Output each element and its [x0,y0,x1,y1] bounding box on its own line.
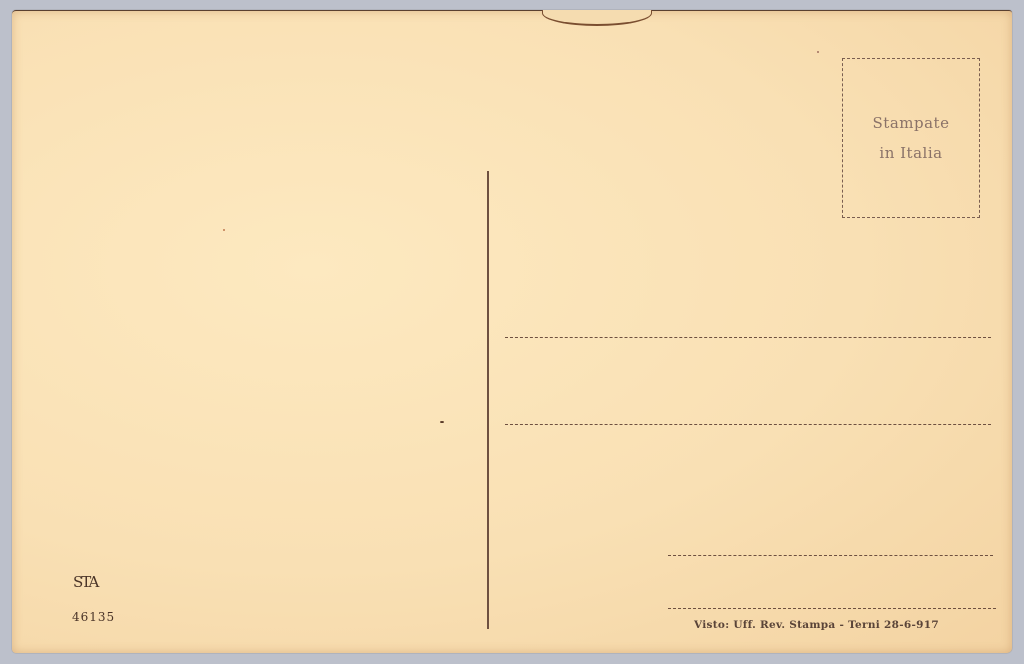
serial-number: 46135 [72,610,115,624]
stamp-box: Stampate in Italia [842,58,980,218]
postcard-back: Stampate in Italia Visto: Uff. Rev. Stam… [12,10,1012,653]
address-line-2 [505,424,991,425]
censorship-note: Visto: Uff. Rev. Stampa - Terni 28-6-917 [694,619,939,631]
stamp-text-line2: in Italia [879,138,942,168]
paper-speck [817,51,819,53]
address-line-4 [668,608,996,609]
address-line-3 [668,555,993,556]
stamp-text-line1: Stampate [873,108,950,138]
address-line-1 [505,337,991,338]
card-notch [542,10,652,26]
vertical-divider [487,171,489,629]
paper-speck [223,229,225,231]
paper-speck [440,421,444,423]
publisher-logo-icon: STA [73,573,97,591]
